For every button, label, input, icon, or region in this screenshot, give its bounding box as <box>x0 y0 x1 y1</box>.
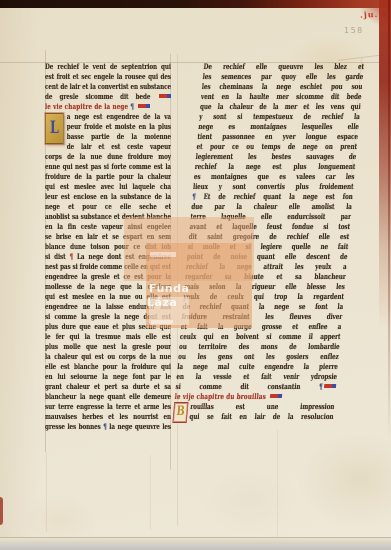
text-block-intro: De rechief le vent de septentrion quiest… <box>45 62 171 102</box>
scan-background-strip <box>0 543 391 550</box>
line-filler <box>138 104 150 108</box>
book-edge-top <box>0 0 391 8</box>
text-line: qui est meslee avec lui laquele cha <box>45 182 171 192</box>
text-line: ou les gens ont les gosiers enflez <box>178 352 339 362</box>
text-line: ceulx qui en boivent si comme il appert <box>180 332 341 342</box>
text-line: les cheminans la nege eschiet pou sou <box>201 82 362 92</box>
text-line: rechief la nege est plus longuement <box>194 162 355 172</box>
decorated-initial-B: B <box>172 402 188 423</box>
text-line: elle est blanche pour la froidure qui <box>45 362 171 372</box>
text-line: leur est enclose en la substance de la <box>45 192 171 202</box>
text-line: a nege est engendree de la va <box>67 112 171 122</box>
text-line: que la chaleur de la mer et les vens qui <box>200 102 361 112</box>
text-line: De rechief le vent de septentrion qui <box>45 62 171 72</box>
text-line: ¶ Et de rechief quant la nege est fon <box>192 192 353 202</box>
text-line: tient passonnee en yver longue espace <box>197 132 358 142</box>
manuscript-page-photo: 158 .ju. v De rechief le vent de septent… <box>0 0 391 550</box>
text-line: peur froide et moiste en la plus <box>67 122 171 132</box>
text-line: vent en la haulte mer sicomme dit bede <box>201 92 362 102</box>
text-line: enne qui nest pas si forte comme est la <box>45 162 171 172</box>
text-line: est froit et sec engele la rousee qui de… <box>45 72 171 82</box>
text-line: et pour ce ou temps de nege on prent <box>196 142 357 152</box>
text-line: es montaignes que es valees car les <box>194 172 355 182</box>
decorated-initial-L: L <box>45 113 64 144</box>
book-edge-right-line <box>388 0 390 440</box>
chapter-rubric-snow: le vie chapitre de la nege ¶ <box>45 102 171 112</box>
text-line: en la vessie et fait venir ydropsie <box>176 372 337 382</box>
text-line: la chaleur qui est ou corps de la nue <box>45 352 171 362</box>
text-line: gresse les bonnes ¶ la nege queuvre les … <box>45 422 171 432</box>
text-line: froidure de la partie pour la chaleur <box>45 172 171 182</box>
ruling-line <box>277 430 278 540</box>
text-line: y sont si tempestueux de rechief la <box>199 112 360 122</box>
chapter-rubric-fog: le vije chapitre du brouillas <box>174 392 335 402</box>
text-line: rouillas est une impression <box>190 402 335 412</box>
ruling-line <box>150 455 151 530</box>
text-line: le fer qui la tresmue mais elle est <box>45 332 171 342</box>
watermark-dash <box>150 252 176 257</box>
text-line: si comme dit constantin ¶ <box>175 382 336 392</box>
text-line: lieux y sont convertis plus froidement <box>193 182 354 192</box>
text-line: qui se fait en lair de la resolucion <box>189 412 334 422</box>
text-line: de gresle sicomme dit bede <box>45 92 171 102</box>
paraph-mark: ¶ <box>130 102 134 111</box>
folio-number-pencil: 158 <box>344 26 364 35</box>
text-line: due par la chaleur elle amolist la <box>191 202 352 212</box>
text-line: blancheur la nege quant elle demeure <box>45 392 171 402</box>
text-line: la nege mal cuite engendre la pierre <box>177 362 338 372</box>
text-line: nege es montaignes lesquelles elle <box>198 122 359 132</box>
text-block-post: rouillas est une impressionqui se fait e… <box>173 402 335 422</box>
text-line: corps de la nue dune froidure moy <box>45 152 171 162</box>
rubric-text: le vije chapitre du brouillas <box>174 392 266 401</box>
rubric-text: le vie chapitre de la nege <box>45 102 128 111</box>
chapter-body-fog: B rouillas est une impressionqui se fait… <box>173 402 335 422</box>
text-line: cent de lair et la convertist en substan… <box>45 82 171 92</box>
text-line: nege et pour ce elle seche et <box>45 202 171 212</box>
text-line: basse partie de la moienne region <box>67 132 171 142</box>
text-line: les semences par quoy elle les garde <box>202 72 363 82</box>
watermark-text-line1: Funda <box>149 282 189 295</box>
text-line: mauvaises herbes et les nourrist en <box>45 412 171 422</box>
watermark-text-line2: Láza <box>147 296 177 309</box>
text-line: de lair et est ceste vapeur engelee ou <box>67 142 171 152</box>
text-line: sur terre engresse la terre et arme les <box>45 402 171 412</box>
book-edge-left-speck <box>0 497 3 525</box>
text-line: De rechief elle queuvre les blez et <box>203 62 364 72</box>
watermark-dash <box>151 320 173 324</box>
text-line: ou territoire des mons de lombardie <box>179 342 340 352</box>
text-line: plus molle que nest la gresle pour <box>45 342 171 352</box>
ruling-line <box>46 452 47 532</box>
text-line: grant chaleur et pert sa durte et sa <box>45 382 171 392</box>
text-line: en lui seiourne la nege font par le <box>45 372 171 382</box>
line-filler <box>269 394 281 398</box>
text-line: legierement les bestes sauvages de <box>195 152 356 162</box>
